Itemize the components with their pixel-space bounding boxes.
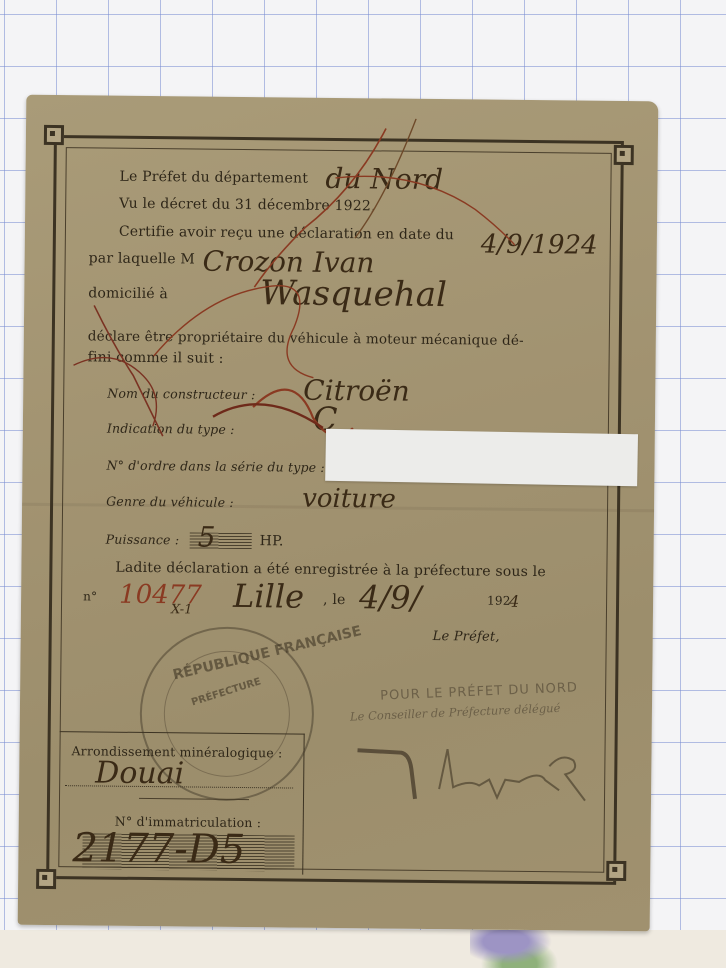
corner-ornament: [44, 125, 64, 145]
hw-lieu: Lille: [233, 577, 304, 616]
puissance-unit: HP.: [260, 533, 284, 549]
ordre-label: N° d'ordre dans la série du type :: [106, 458, 325, 475]
hw-commune: Wasquehal: [260, 273, 447, 315]
hw-date-declaration: 4/9/1924: [481, 229, 598, 260]
genre-label: Genre du véhicule :: [106, 494, 234, 510]
corner-ornament: [36, 869, 56, 889]
prefet-line: Le Préfet du département: [119, 169, 308, 187]
underlying-postcard: [0, 930, 726, 968]
hw-numero-series: X-1: [171, 602, 193, 617]
puissance-label: Puissance :: [106, 532, 180, 548]
hw-puissance: 5: [198, 521, 216, 554]
le-text: , le: [323, 592, 346, 608]
redaction-strip: [325, 429, 638, 486]
type-label: Indication du type :: [107, 421, 235, 437]
constructeur-label: Nom du constructeur :: [107, 386, 255, 403]
flower-illustration: [470, 930, 560, 968]
hw-arrondissement: Douai: [95, 755, 184, 791]
corner-ornament: [606, 861, 626, 881]
hw-departement: du Nord: [325, 162, 443, 196]
registration-certificate: RÉPUBLIQUE FRANÇAISE PRÉFECTURE Le Préfe…: [18, 95, 659, 932]
domicilie-line: domicilié à: [88, 285, 168, 302]
corner-ornament: [614, 145, 634, 165]
hw-genre: voiture: [302, 484, 396, 515]
year-prefix: 192: [487, 594, 511, 608]
hw-immatriculation: 2177-D5: [72, 825, 245, 873]
hw-year-suffix: 4: [509, 592, 519, 611]
numero-prefix: n°: [83, 589, 97, 603]
prefet-signature-label: Le Préfet,: [433, 629, 500, 645]
par-laquelle-line: par laquelle M: [89, 250, 196, 267]
decret-line: Vu le décret du 31 décembre 1922,: [119, 196, 376, 215]
hw-date-enregistrement: 4/9/: [359, 578, 422, 617]
